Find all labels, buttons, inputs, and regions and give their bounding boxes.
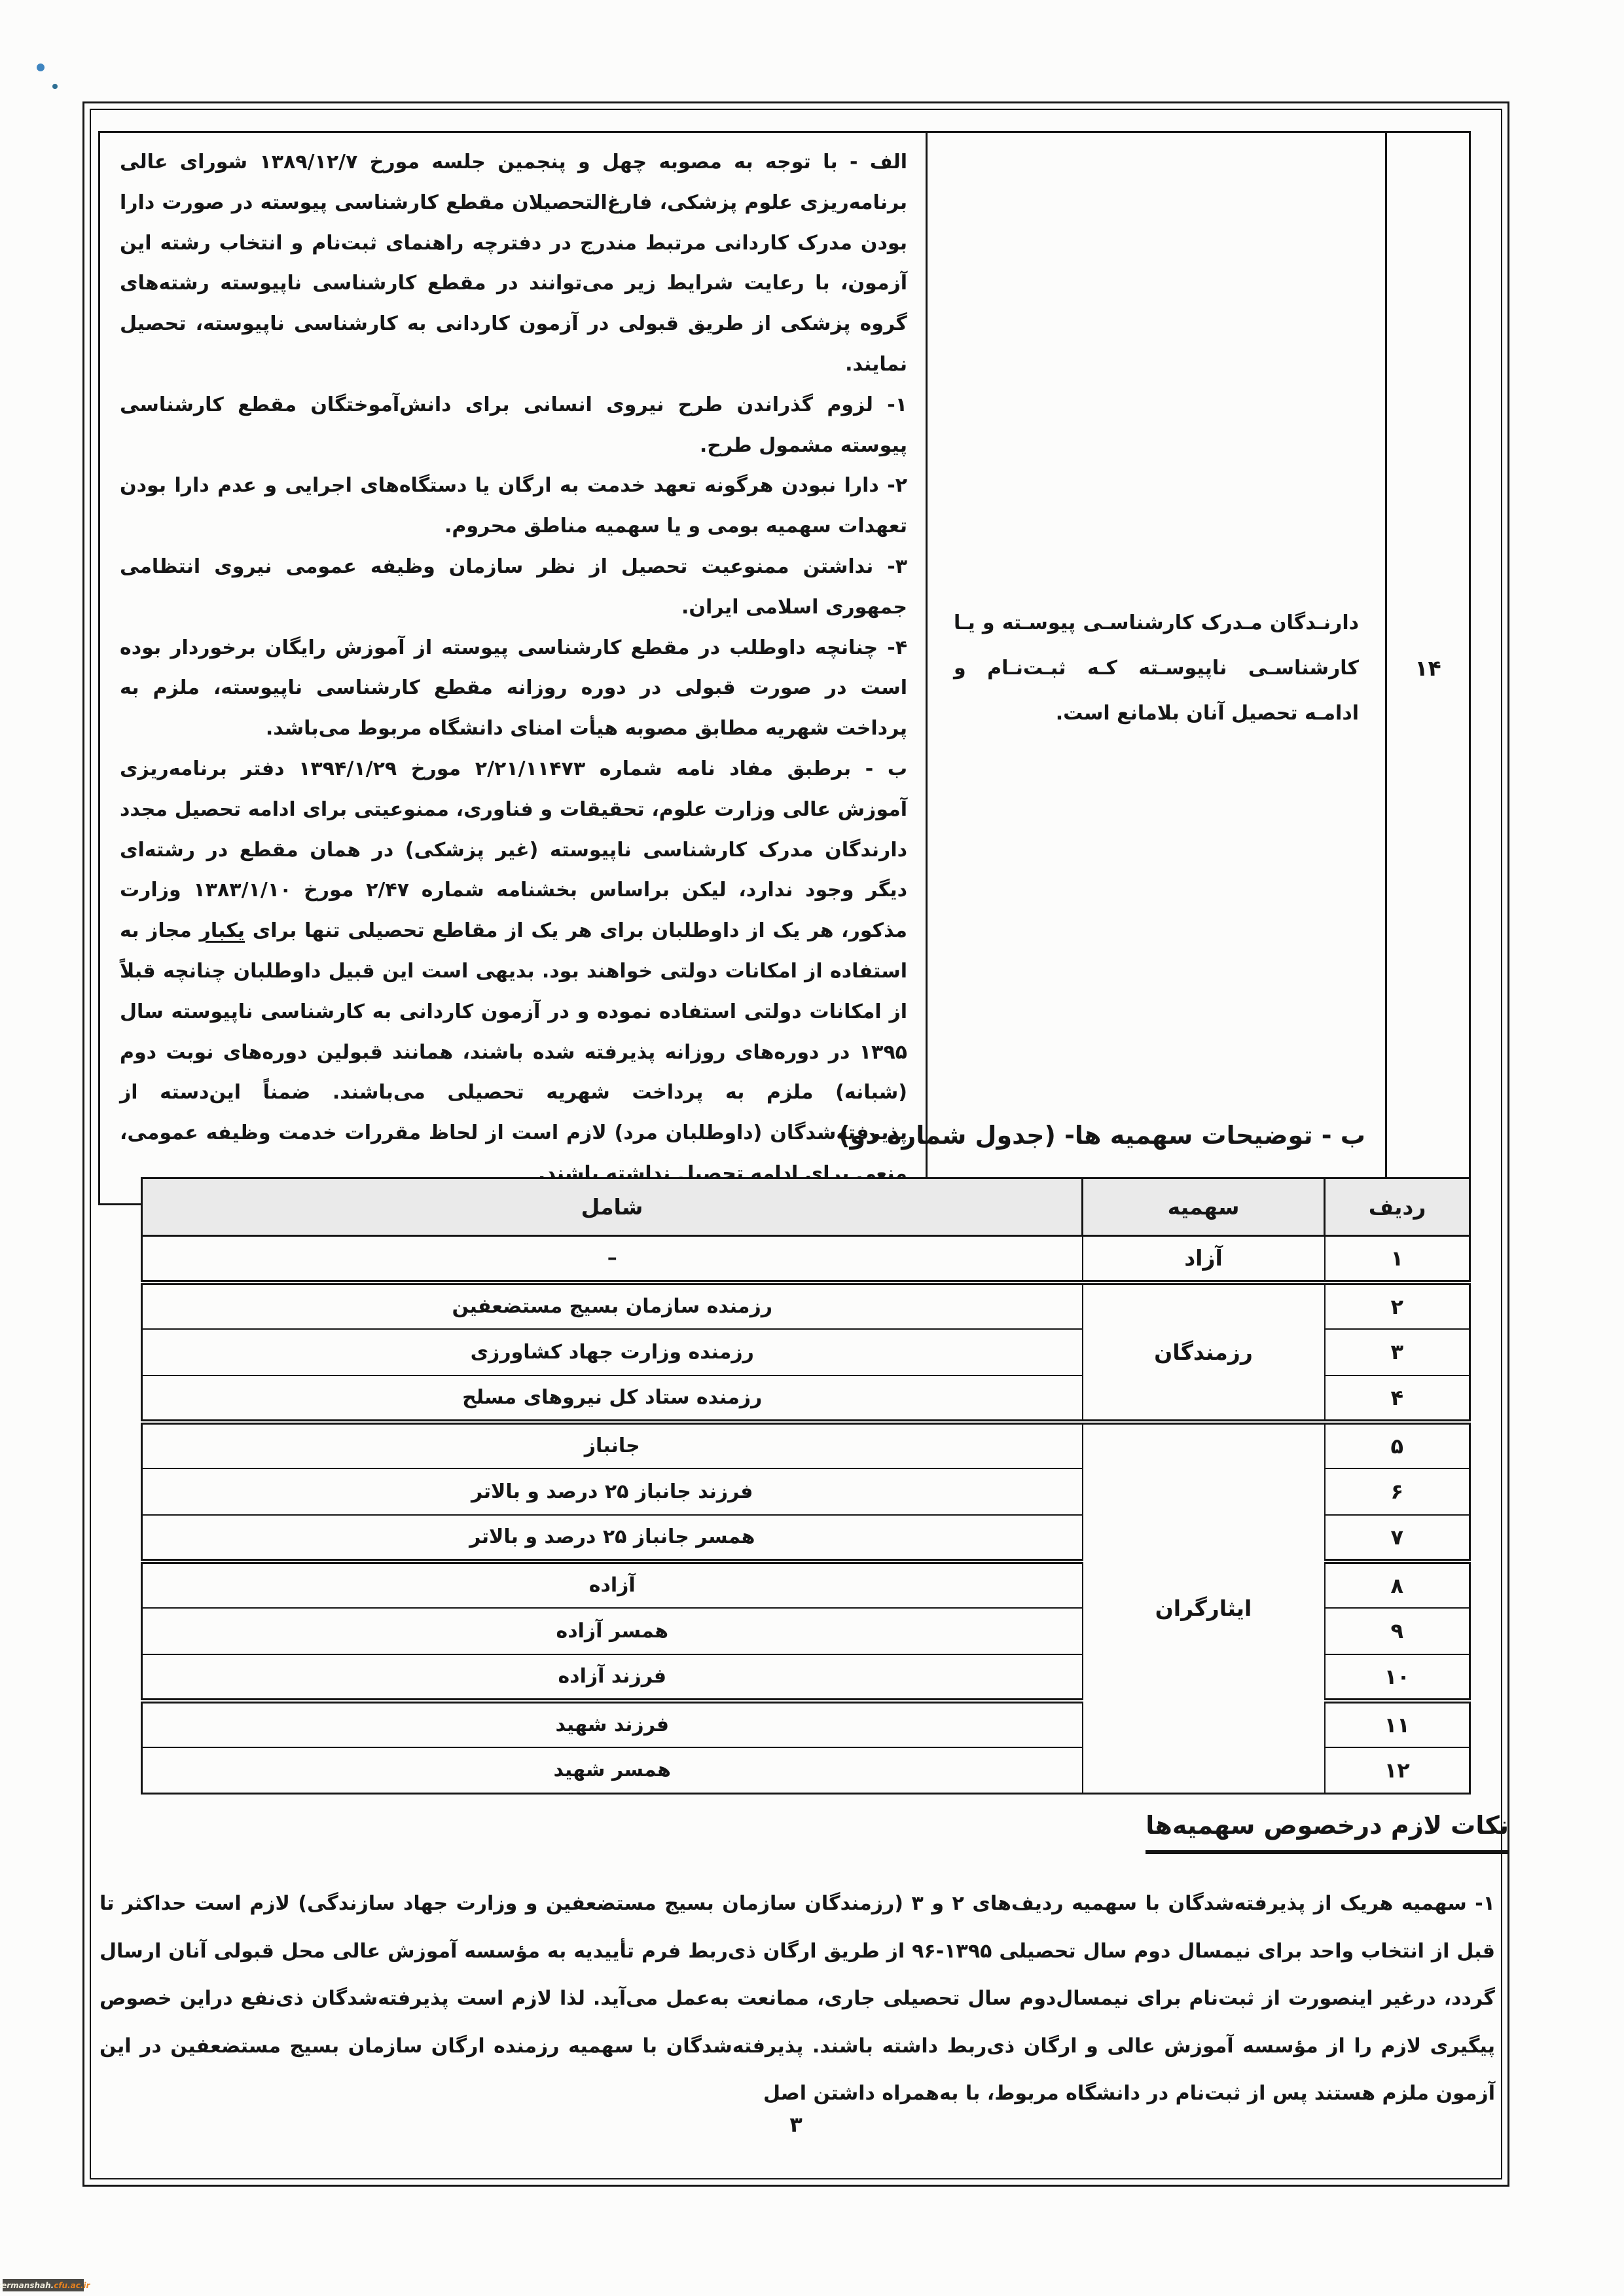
paragraph-item-3: ۳- نداشتن ممنوعیت تحصیل از نظر سازمان وظ… [120,547,907,628]
notes-title: نکات لازم درخصوص سهمیه‌ها [1146,1811,1509,1854]
quota-table: ردیف سهمیه شامل ۱ آزاد – ۲ رزمندگان رزمن… [141,1177,1471,1795]
paragraph-be-text: ب - برطبق مفاد نامه شماره ۲/۲۱/۱۱۴۷۳ مور… [120,757,907,942]
row-number: ۱۲ [1325,1747,1470,1794]
scanned-document-page: ۱۴ دارنـدگان مـدرک کارشناسـی پیوسـته و ی… [0,0,1624,2296]
quota-cell: ایثارگران [1083,1422,1325,1794]
header-quota: سهمیه [1083,1178,1325,1236]
includes-cell: همسر جانباز ۲۵ درصد و بالاتر [142,1515,1083,1561]
paragraph-item-2: ۲- دارا نبودن هرگونه تعهد خدمت به ارگان … [120,465,907,547]
table-row: ۵ ایثارگران جانباز [142,1422,1470,1468]
row-summary-cell: دارنـدگان مـدرک کارشناسـی پیوسـته و یـا … [927,132,1386,1205]
table-row: ۱۴ دارنـدگان مـدرک کارشناسـی پیوسـته و ی… [99,132,1470,1205]
includes-cell: جانباز [142,1422,1083,1468]
row-number: ۲ [1325,1283,1470,1329]
includes-cell: رزمنده وزارت جهاد کشاورزی [142,1329,1083,1376]
site-watermark: kermanshah.cfu.ac.ir [3,2279,84,2291]
ink-dot-icon [37,64,45,71]
table-row: ۱ آزاد – [142,1236,1470,1283]
paragraph-alef: الف - با توجه به مصوبه چهل و پنجمین جلسه… [120,142,907,385]
includes-cell: – [142,1236,1083,1283]
includes-cell: فرزند جانباز ۲۵ درصد و بالاتر [142,1468,1083,1515]
row-number: ۳ [1325,1329,1470,1376]
row-number-cell: ۱۴ [1386,132,1470,1205]
row-number: ۷ [1325,1515,1470,1561]
ink-dot-icon [52,84,58,89]
notes-paragraph: ۱- سهمیه هریک از پذیرفته‌شدگان با سهمیه … [99,1880,1495,2118]
row-number: ۶ [1325,1468,1470,1515]
includes-cell: همسر شهید [142,1747,1083,1794]
section-b-title: ب - توضیحات سهمیه ها- (جدول شماره دو) [839,1121,1365,1150]
table-header-row: ردیف سهمیه شامل [142,1178,1470,1236]
underlined-word: یکبار [200,919,245,942]
includes-cell: آزاده [142,1561,1083,1608]
table-row: ۲ رزمندگان رزمنده سازمان بسیج مستضعفین [142,1283,1470,1329]
watermark-domain: cfu.ac.ir [54,2281,90,2290]
row-number: ۱۰ [1325,1654,1470,1701]
row-details-cell: الف - با توجه به مصوبه چهل و پنجمین جلسه… [99,132,927,1205]
paragraph-be-text: مجاز به استفاده از امکانات دولتی خواهند … [120,919,907,1185]
row-number: ۸ [1325,1561,1470,1608]
paragraph-item-1: ۱- لزوم گذراندن طرح نیروی انسانی برای دا… [120,385,907,466]
includes-cell: فرزند شهید [142,1701,1083,1747]
watermark-text: kermanshah. [0,2281,54,2290]
includes-cell: رزمنده ستاد کل نیروهای مسلح [142,1376,1083,1422]
row-number: ۹ [1325,1608,1470,1654]
includes-cell: رزمنده سازمان بسیج مستضعفین [142,1283,1083,1329]
page-number: ۳ [82,2112,1509,2137]
includes-cell: همسر آزاده [142,1608,1083,1654]
paragraph-item-4: ۴- چنانچه داوطلب در مقطع کارشناسی پیوسته… [120,628,907,749]
row-number: ۱۱ [1325,1701,1470,1747]
includes-cell: فرزند آزاده [142,1654,1083,1701]
header-includes: شامل [142,1178,1083,1236]
row-number: ۱ [1325,1236,1470,1283]
quota-cell: آزاد [1083,1236,1325,1283]
quota-cell: رزمندگان [1083,1283,1325,1422]
header-row-number: ردیف [1325,1178,1470,1236]
conditions-table: ۱۴ دارنـدگان مـدرک کارشناسـی پیوسـته و ی… [98,131,1471,1205]
paragraph-be: ب - برطبق مفاد نامه شماره ۲/۲۱/۱۱۴۷۳ مور… [120,749,907,1194]
row-number: ۴ [1325,1376,1470,1422]
row-number: ۵ [1325,1422,1470,1468]
